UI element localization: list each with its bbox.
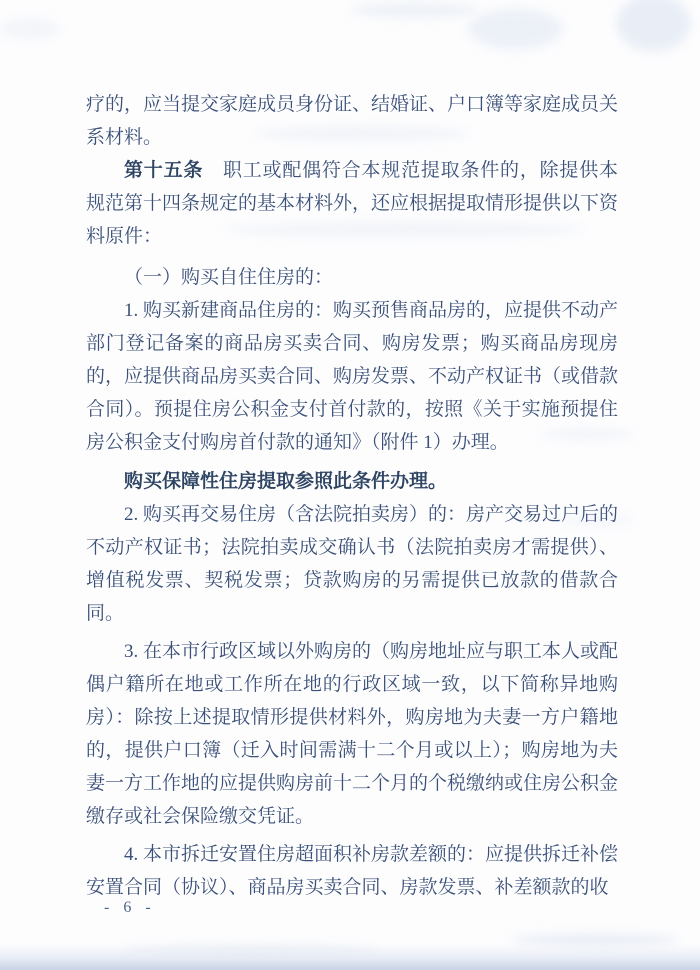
paragraph-text: 4. 本市拆迁安置住房超面积补房款差额的：应提供拆迁补偿安置合同（协议）、商品房… xyxy=(86,844,618,898)
scan-smudge xyxy=(510,934,680,946)
paragraph-clause-3: 3. 在本市行政区域以外购房的（购房地址应与职工本人或配偶户籍所在地或工作所在地… xyxy=(86,635,618,833)
page-number: - 6 - xyxy=(104,899,156,917)
article-number-bold: 第十五条 xyxy=(124,160,203,181)
scan-smudge xyxy=(0,18,60,40)
paragraph-clause-1: 1. 购买新建商品住房的：购买预售商品房的，应提供不动产部门登记备案的商品房买卖… xyxy=(86,294,618,459)
paragraph-text: 1. 购买新建商品住房的：购买预售商品房的，应提供不动产部门登记备案的商品房买卖… xyxy=(86,300,618,453)
paragraph-clause-4: 4. 本市拆迁安置住房超面积补房款差额的：应提供拆迁补偿安置合同（协议）、商品房… xyxy=(86,838,618,904)
scan-smudge xyxy=(120,944,380,954)
scanner-shadow-band xyxy=(0,944,700,970)
paragraph-item-one-heading: （一）购买自住住房的： xyxy=(86,261,618,294)
document-page: 疗的，应当提交家庭成员身份证、结婚证、户口簿等家庭成员关系材料。 第十五条 职工… xyxy=(0,0,700,970)
scan-smudge xyxy=(350,2,480,18)
paragraph-text: 2. 购买再交易住房（含法院拍卖房）的：房产交易过户后的不动产权证书；法院拍卖成… xyxy=(86,504,618,624)
paragraph-article-15: 第十五条 职工或配偶符合本规范提取条件的，除提供本规范第十四条规定的基本材料外，… xyxy=(86,154,618,253)
paragraph-text: 疗的，应当提交家庭成员身份证、结婚证、户口簿等家庭成员关系材料。 xyxy=(86,94,618,148)
scan-smudge xyxy=(468,8,563,50)
paragraph-clause-2: 2. 购买再交易住房（含法院拍卖房）的：房产交易过户后的不动产权证书；法院拍卖成… xyxy=(86,498,618,630)
scan-smudge xyxy=(616,0,691,52)
paragraph-text: （一）购买自住住房的： xyxy=(124,267,333,288)
paragraph-bold-note: 购买保障性住房提取参照此条件办理。 xyxy=(86,465,618,498)
bold-note-text: 购买保障性住房提取参照此条件办理。 xyxy=(124,471,447,492)
paragraph-text: 3. 在本市行政区域以外购房的（购房地址应与职工本人或配偶户籍所在地或工作所在地… xyxy=(86,641,618,827)
document-body: 疗的，应当提交家庭成员身份证、结婚证、户口簿等家庭成员关系材料。 第十五条 职工… xyxy=(86,88,618,904)
paragraph-continuation: 疗的，应当提交家庭成员身份证、结婚证、户口簿等家庭成员关系材料。 xyxy=(86,88,618,154)
